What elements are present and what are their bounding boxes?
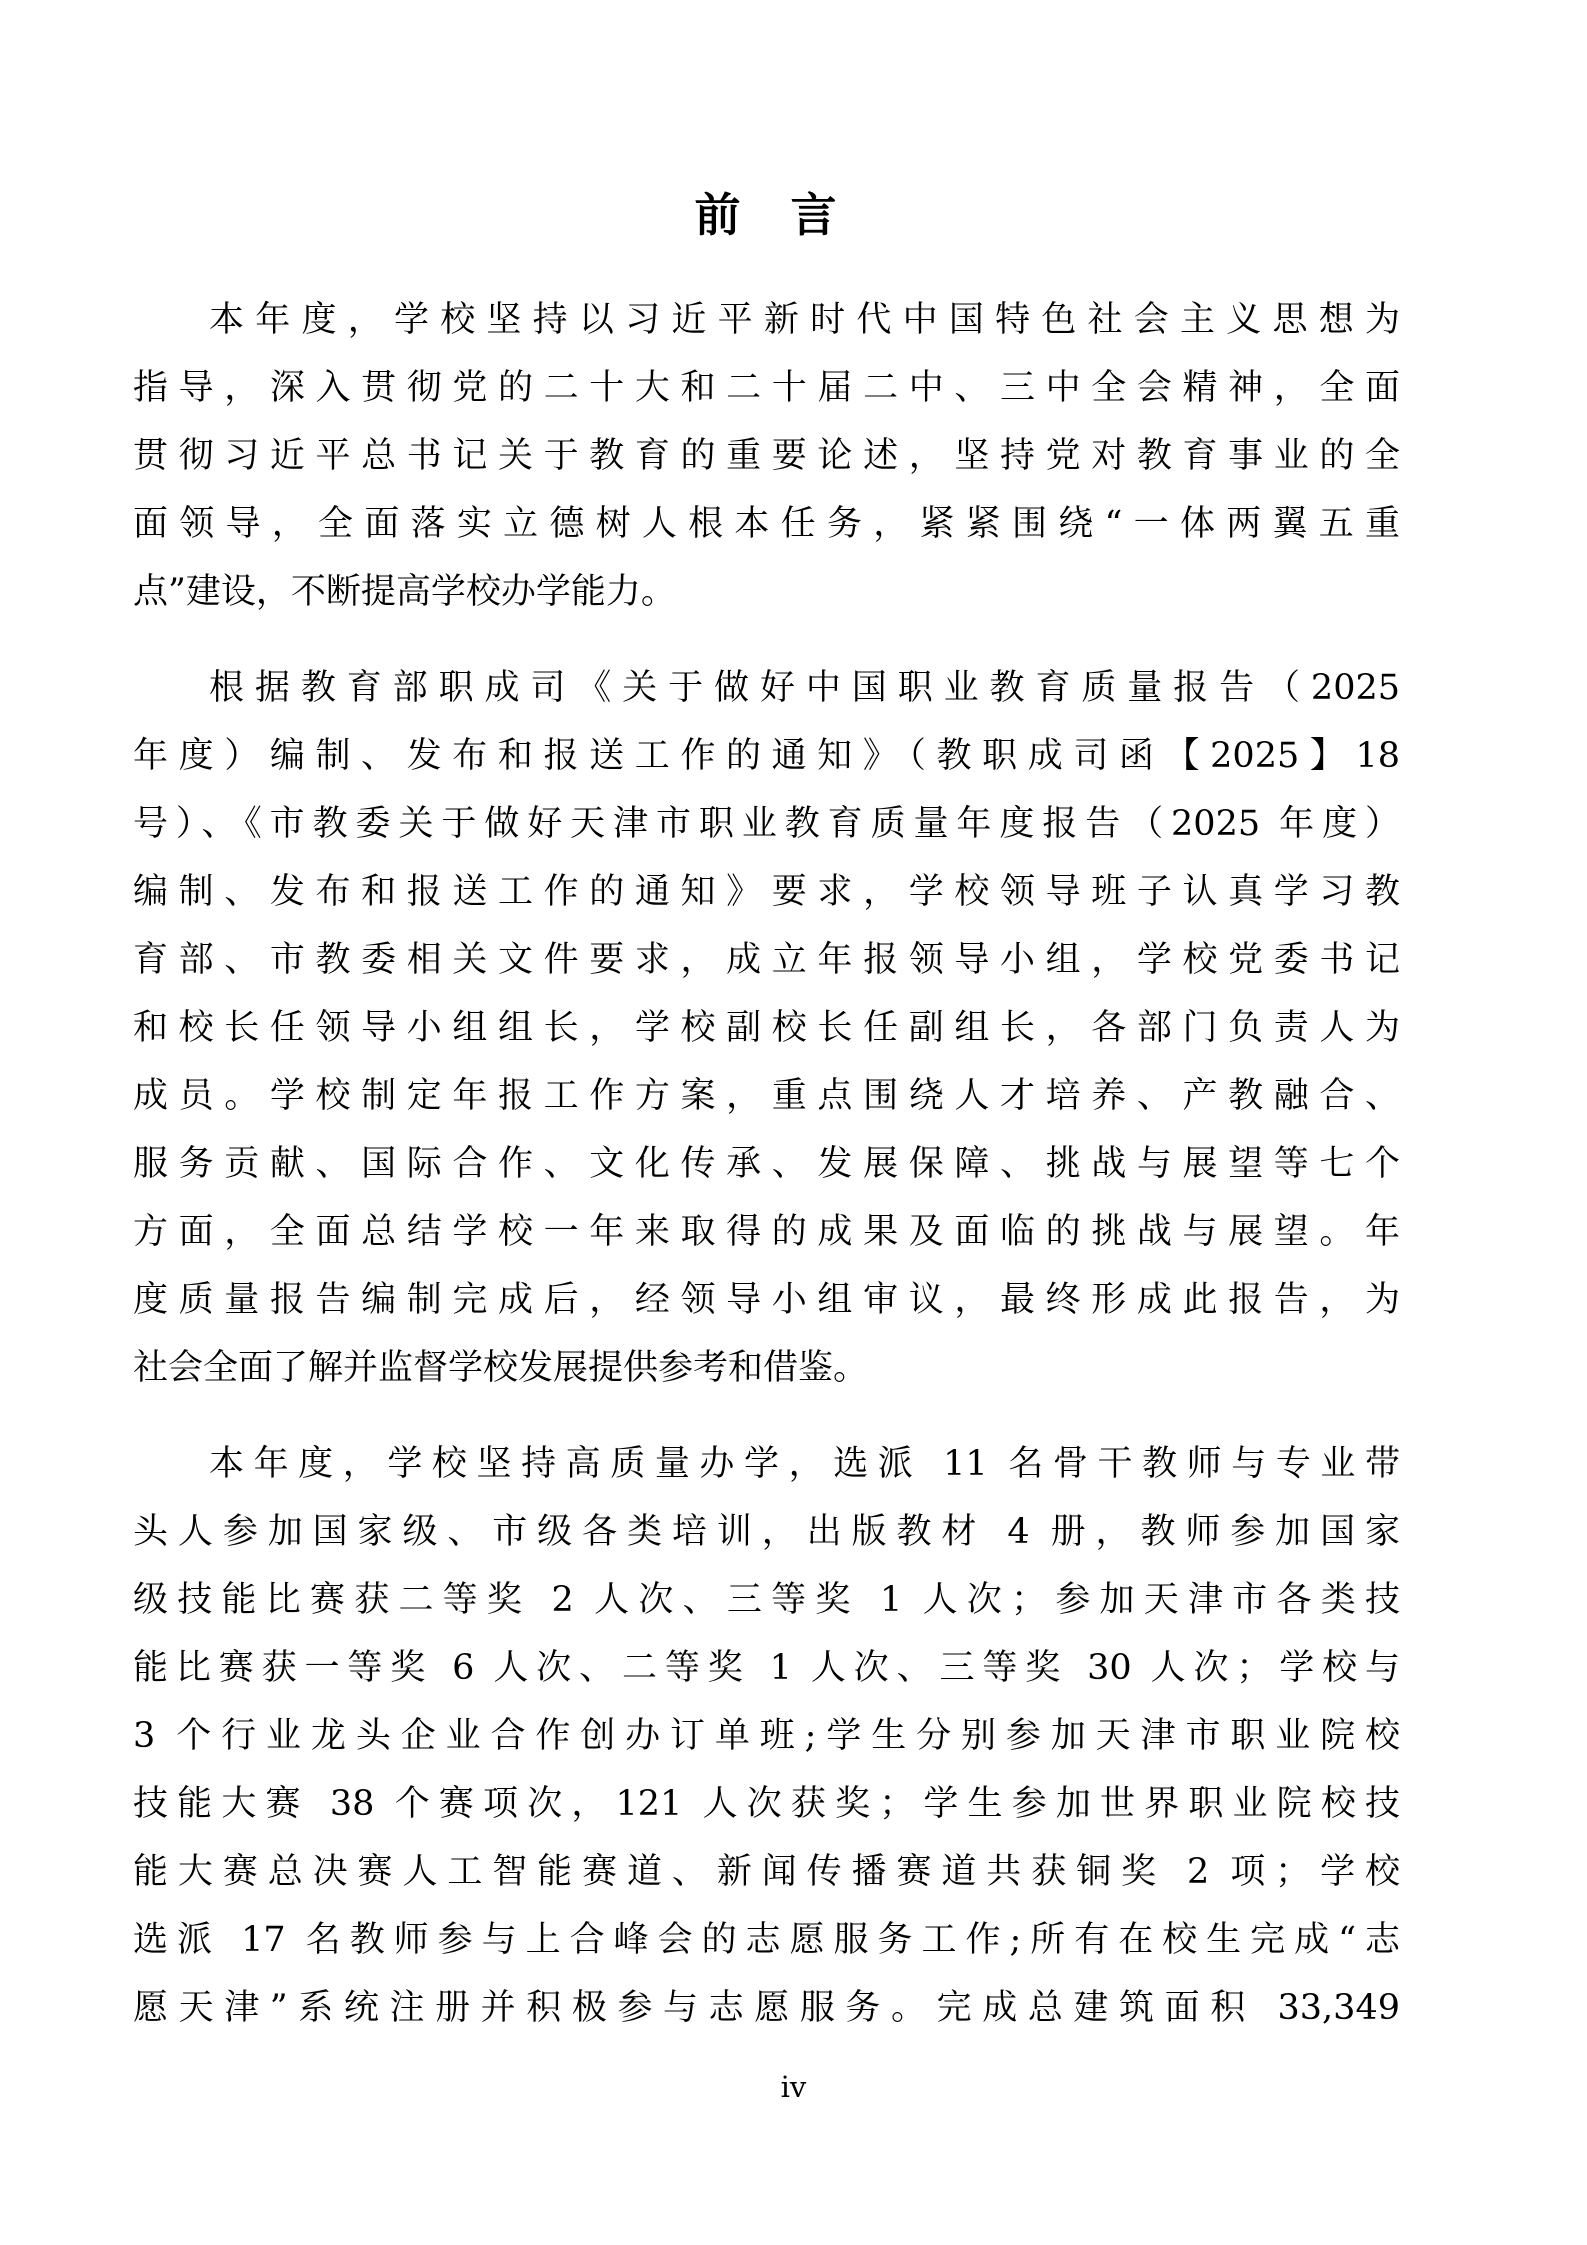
document-body: 本年度，学校坚持以习近平新时代中国特色社会主义思想为指导，深入贯彻党的二十大和二… — [133, 286, 1400, 2042]
text-line: 技能大赛 38 个赛项次，121 人次获奖；学生参加世界职业院校技 — [133, 1770, 1400, 1838]
text-line: 方面，全面总结学校一年来取得的成果及面临的挑战与展望。年 — [133, 1198, 1400, 1266]
document-page: 前 言 本年度，学校坚持以习近平新时代中国特色社会主义思想为指导，深入贯彻党的二… — [0, 0, 1587, 2245]
page-title: 前 言 — [133, 186, 1400, 244]
text-line: 面领导，全面落实立德树人根本任务，紧紧围绕“一体两翼五重 — [133, 490, 1400, 558]
text-line: 服务贡献、国际合作、文化传承、发展保障、挑战与展望等七个 — [133, 1130, 1400, 1198]
text-line: 成员。学校制定年报工作方案，重点围绕人才培养、产教融合、 — [133, 1062, 1400, 1130]
text-line: 根据教育部职成司《关于做好中国职业教育质量报告（2025 — [133, 654, 1400, 722]
text-line: 育部、市教委相关文件要求，成立年报领导小组，学校党委书记 — [133, 926, 1400, 994]
text-line: 点”建设，不断提高学校办学能力。 — [133, 558, 1400, 626]
text-line: 社会全面了解并监督学校发展提供参考和借鉴。 — [133, 1334, 1400, 1402]
paragraph: 本年度，学校坚持以习近平新时代中国特色社会主义思想为指导，深入贯彻党的二十大和二… — [133, 286, 1400, 626]
text-line: 能大赛总决赛人工智能赛道、新闻传播赛道共获铜奖 2 项；学校 — [133, 1838, 1400, 1906]
text-line: 号）、《市教委关于做好天津市职业教育质量年度报告（2025 年度） — [133, 790, 1400, 858]
text-line: 头人参加国家级、市级各类培训，出版教材 4 册，教师参加国家 — [133, 1498, 1400, 1566]
paragraph: 本年度，学校坚持高质量办学，选派 11 名骨干教师与专业带头人参加国家级、市级各… — [133, 1430, 1400, 2042]
text-line: 本年度，学校坚持以习近平新时代中国特色社会主义思想为 — [133, 286, 1400, 354]
page-number: iv — [0, 2070, 1587, 2104]
text-line: 愿天津”系统注册并积极参与志愿服务。完成总建筑面积 33,349 — [133, 1974, 1400, 2042]
text-line: 级技能比赛获二等奖 2 人次、三等奖 1 人次；参加天津市各类技 — [133, 1566, 1400, 1634]
text-line: 年度）编制、发布和报送工作的通知》（教职成司函【2025】18 — [133, 722, 1400, 790]
text-line: 选派 17 名教师参与上合峰会的志愿服务工作;所有在校生完成“志 — [133, 1906, 1400, 1974]
text-line: 编制、发布和报送工作的通知》要求，学校领导班子认真学习教 — [133, 858, 1400, 926]
text-line: 本年度，学校坚持高质量办学，选派 11 名骨干教师与专业带 — [133, 1430, 1400, 1498]
text-line: 能比赛获一等奖 6 人次、二等奖 1 人次、三等奖 30 人次；学校与 — [133, 1634, 1400, 1702]
text-line: 指导，深入贯彻党的二十大和二十届二中、三中全会精神，全面 — [133, 354, 1400, 422]
text-line: 3 个行业龙头企业合作创办订单班;学生分别参加天津市职业院校 — [133, 1702, 1400, 1770]
text-line: 贯彻习近平总书记关于教育的重要论述，坚持党对教育事业的全 — [133, 422, 1400, 490]
text-line: 和校长任领导小组组长，学校副校长任副组长，各部门负责人为 — [133, 994, 1400, 1062]
text-line: 度质量报告编制完成后，经领导小组审议，最终形成此报告，为 — [133, 1266, 1400, 1334]
paragraph: 根据教育部职成司《关于做好中国职业教育质量报告（2025年度）编制、发布和报送工… — [133, 654, 1400, 1402]
